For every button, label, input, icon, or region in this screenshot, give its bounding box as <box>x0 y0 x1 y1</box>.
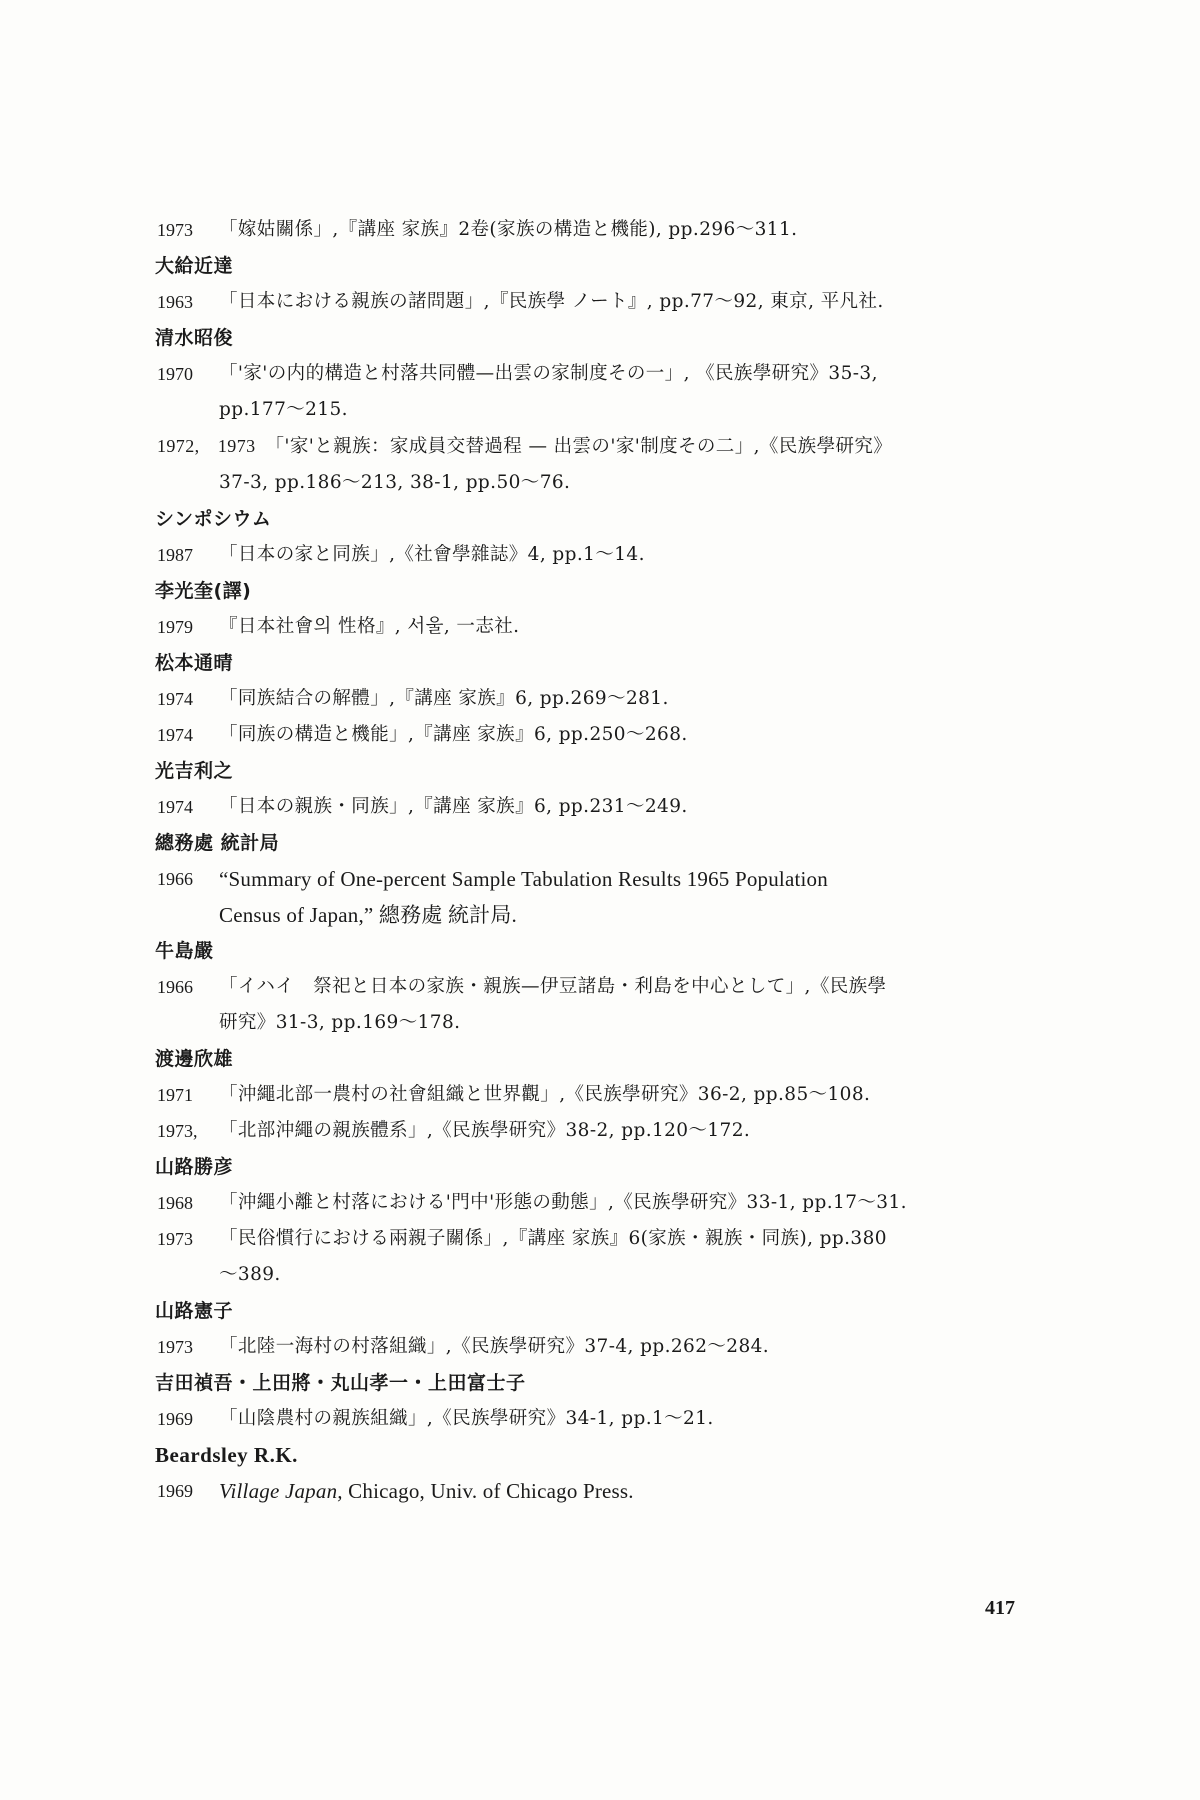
bibliography-work: 1973 「民俗慣行における兩親子關係」,『講座 家族』6(家族・親族・同族),… <box>155 1221 1055 1293</box>
work-citation: 「沖繩北部一農村の社會組織と世界觀」,《民族學研究》36-2, pp.85～10… <box>219 1077 1055 1113</box>
work-year: 1987 <box>157 537 193 573</box>
bibliography-work: 1970 「'家'の内的構造と村落共同體—出雲の家制度その一」, 《民族學研究》… <box>155 356 1055 428</box>
work-year: 1974 <box>157 717 193 753</box>
work-citation: “Summary of One-percent Sample Tabulatio… <box>219 861 1055 897</box>
work-year: 1969 <box>157 1401 193 1437</box>
work-citation: 「民俗慣行における兩親子關係」,『講座 家族』6(家族・親族・同族), pp.3… <box>219 1221 1055 1257</box>
work-year: 1973 <box>157 1221 193 1257</box>
author-heading: 吉田禎吾・上田將・丸山孝一・上田富士子 <box>155 1365 1055 1401</box>
work-year: 1973 <box>157 212 193 248</box>
work-year: 1963 <box>157 284 193 320</box>
work-year: 1974 <box>157 789 193 825</box>
author-heading: 李光奎(譯) <box>155 573 1055 609</box>
author-heading: 清水昭俊 <box>155 320 1055 356</box>
work-citation: 1972, 1973「'家'と親族：家成員交替過程 — 出雲の'家'制度その二」… <box>219 428 1055 465</box>
work-citation: 『日本社會의 性格』, 서울, 一志社. <box>219 609 1055 645</box>
bibliography-work: 1974 「日本の親族・同族」,『講座 家族』6, pp.231～249. <box>155 789 1055 825</box>
bibliography-work: 1969 「山陰農村の親族組織」,《民族學研究》34-1, pp.1～21. <box>155 1401 1055 1437</box>
bibliography-work: 1969 Village Japan, Chicago, Univ. of Ch… <box>155 1473 1055 1509</box>
document-page: 1973 「嫁姑關係」,『講座 家族』2卷(家族の構造と機能), pp.296～… <box>0 0 1200 1800</box>
work-citation-text: Chicago, Univ. of Chicago Press. <box>343 1479 634 1503</box>
bibliography-work: 1974 「同族の構造と機能」,『講座 家族』6, pp.250～268. <box>155 717 1055 753</box>
author-heading: 山路勝彦 <box>155 1149 1055 1185</box>
bibliography-work: 1971 「沖繩北部一農村の社會組織と世界觀」,《民族學研究》36-2, pp.… <box>155 1077 1055 1113</box>
bibliography-work: 1968 「沖繩小離と村落における'門中'形態の動態」,《民族學研究》33-1,… <box>155 1185 1055 1221</box>
work-year: 1969 <box>157 1473 193 1509</box>
author-heading: Beardsley R.K. <box>155 1437 1055 1473</box>
work-year: 1970 <box>157 356 193 392</box>
author-heading: 渡邊欣雄 <box>155 1041 1055 1077</box>
author-heading: シンポシウム <box>155 501 1055 537</box>
work-citation: 「山陰農村の親族組織」,《民族學研究》34-1, pp.1～21. <box>219 1401 1055 1437</box>
work-year: 1972, 1973 <box>157 436 256 456</box>
work-citation: 「同族の構造と機能」,『講座 家族』6, pp.250～268. <box>219 717 1055 753</box>
work-title-italic: Village Japan, <box>219 1479 343 1503</box>
author-heading: 山路憲子 <box>155 1293 1055 1329</box>
bibliography-work: 1973 「嫁姑關係」,『講座 家族』2卷(家族の構造と機能), pp.296～… <box>155 212 1055 248</box>
bibliography-work: 1973 「北陸一海村の村落組織」,《民族學研究》37-4, pp.262～28… <box>155 1329 1055 1365</box>
work-year: 1973 <box>157 1329 193 1365</box>
work-citation: 「嫁姑關係」,『講座 家族』2卷(家族の構造と機能), pp.296～311. <box>219 212 1055 248</box>
author-heading: 牛島嚴 <box>155 933 1055 969</box>
bibliography-work: 1987 「日本の家と同族」,《社會學雜誌》4, pp.1～14. <box>155 537 1055 573</box>
bibliography-work: 1966 「イハイ 祭祀と日本の家族・親族—伊豆諸島・利島を中心として」,《民族… <box>155 969 1055 1041</box>
author-heading: 總務處 統計局 <box>155 825 1055 861</box>
work-citation: 「'家'の内的構造と村落共同體—出雲の家制度その一」, 《民族學研究》35-3, <box>219 356 1055 392</box>
page-number: 417 <box>985 1597 1015 1620</box>
bibliography-work: 1966 “Summary of One-percent Sample Tabu… <box>155 861 1055 933</box>
bibliography-work: 1979 『日本社會의 性格』, 서울, 一志社. <box>155 609 1055 645</box>
work-year: 1968 <box>157 1185 193 1221</box>
work-citation: 「沖繩小離と村落における'門中'形態の動態」,《民族學研究》33-1, pp.1… <box>219 1185 1055 1221</box>
work-citation-text: 「'家'と親族：家成員交替過程 — 出雲の'家'制度その二」,《民族學研究》 <box>266 436 893 457</box>
bibliography-work: 1973, 「北部沖繩の親族體系」,《民族學研究》38-2, pp.120～17… <box>155 1113 1055 1149</box>
work-citation-continued: ～389. <box>219 1257 1055 1293</box>
bibliography-work: 1974 「同族結合の解體」,『講座 家族』6, pp.269～281. <box>155 681 1055 717</box>
work-year: 1974 <box>157 681 193 717</box>
work-citation: 「北部沖繩の親族體系」,《民族學研究》38-2, pp.120～172. <box>219 1113 1055 1149</box>
work-citation: 「日本の家と同族」,《社會學雜誌》4, pp.1～14. <box>219 537 1055 573</box>
work-citation: 「日本における親族の諸問題」,『民族學 ノート』, pp.77～92, 東京, … <box>219 284 1055 320</box>
work-citation: 「日本の親族・同族」,『講座 家族』6, pp.231～249. <box>219 789 1055 825</box>
work-year: 1966 <box>157 969 193 1005</box>
work-year: 1979 <box>157 609 193 645</box>
work-citation: 「北陸一海村の村落組織」,《民族學研究》37-4, pp.262～284. <box>219 1329 1055 1365</box>
author-heading: 光吉利之 <box>155 753 1055 789</box>
work-citation-continued: Census of Japan,” 總務處 統計局. <box>219 897 1055 933</box>
author-heading: 松本通晴 <box>155 645 1055 681</box>
work-citation: 「イハイ 祭祀と日本の家族・親族—伊豆諸島・利島を中心として」,《民族學 <box>219 969 1055 1005</box>
work-citation-continued: pp.177～215. <box>219 392 1055 428</box>
work-citation-continued: 37-3, pp.186～213, 38-1, pp.50～76. <box>219 465 1055 501</box>
author-heading: 大給近達 <box>155 248 1055 284</box>
work-year: 1973, <box>157 1113 198 1149</box>
work-citation: 「同族結合の解體」,『講座 家族』6, pp.269～281. <box>219 681 1055 717</box>
bibliography-work: 1972, 1973「'家'と親族：家成員交替過程 — 出雲の'家'制度その二」… <box>155 428 1055 501</box>
work-citation: Village Japan, Chicago, Univ. of Chicago… <box>219 1473 1055 1509</box>
work-citation-continued: 研究》31-3, pp.169～178. <box>219 1005 1055 1041</box>
work-year: 1971 <box>157 1077 193 1113</box>
bibliography-work: 1963 「日本における親族の諸問題」,『民族學 ノート』, pp.77～92,… <box>155 284 1055 320</box>
work-year: 1966 <box>157 861 193 897</box>
bibliography-list: 1973 「嫁姑關係」,『講座 家族』2卷(家族の構造と機能), pp.296～… <box>155 212 1055 1509</box>
